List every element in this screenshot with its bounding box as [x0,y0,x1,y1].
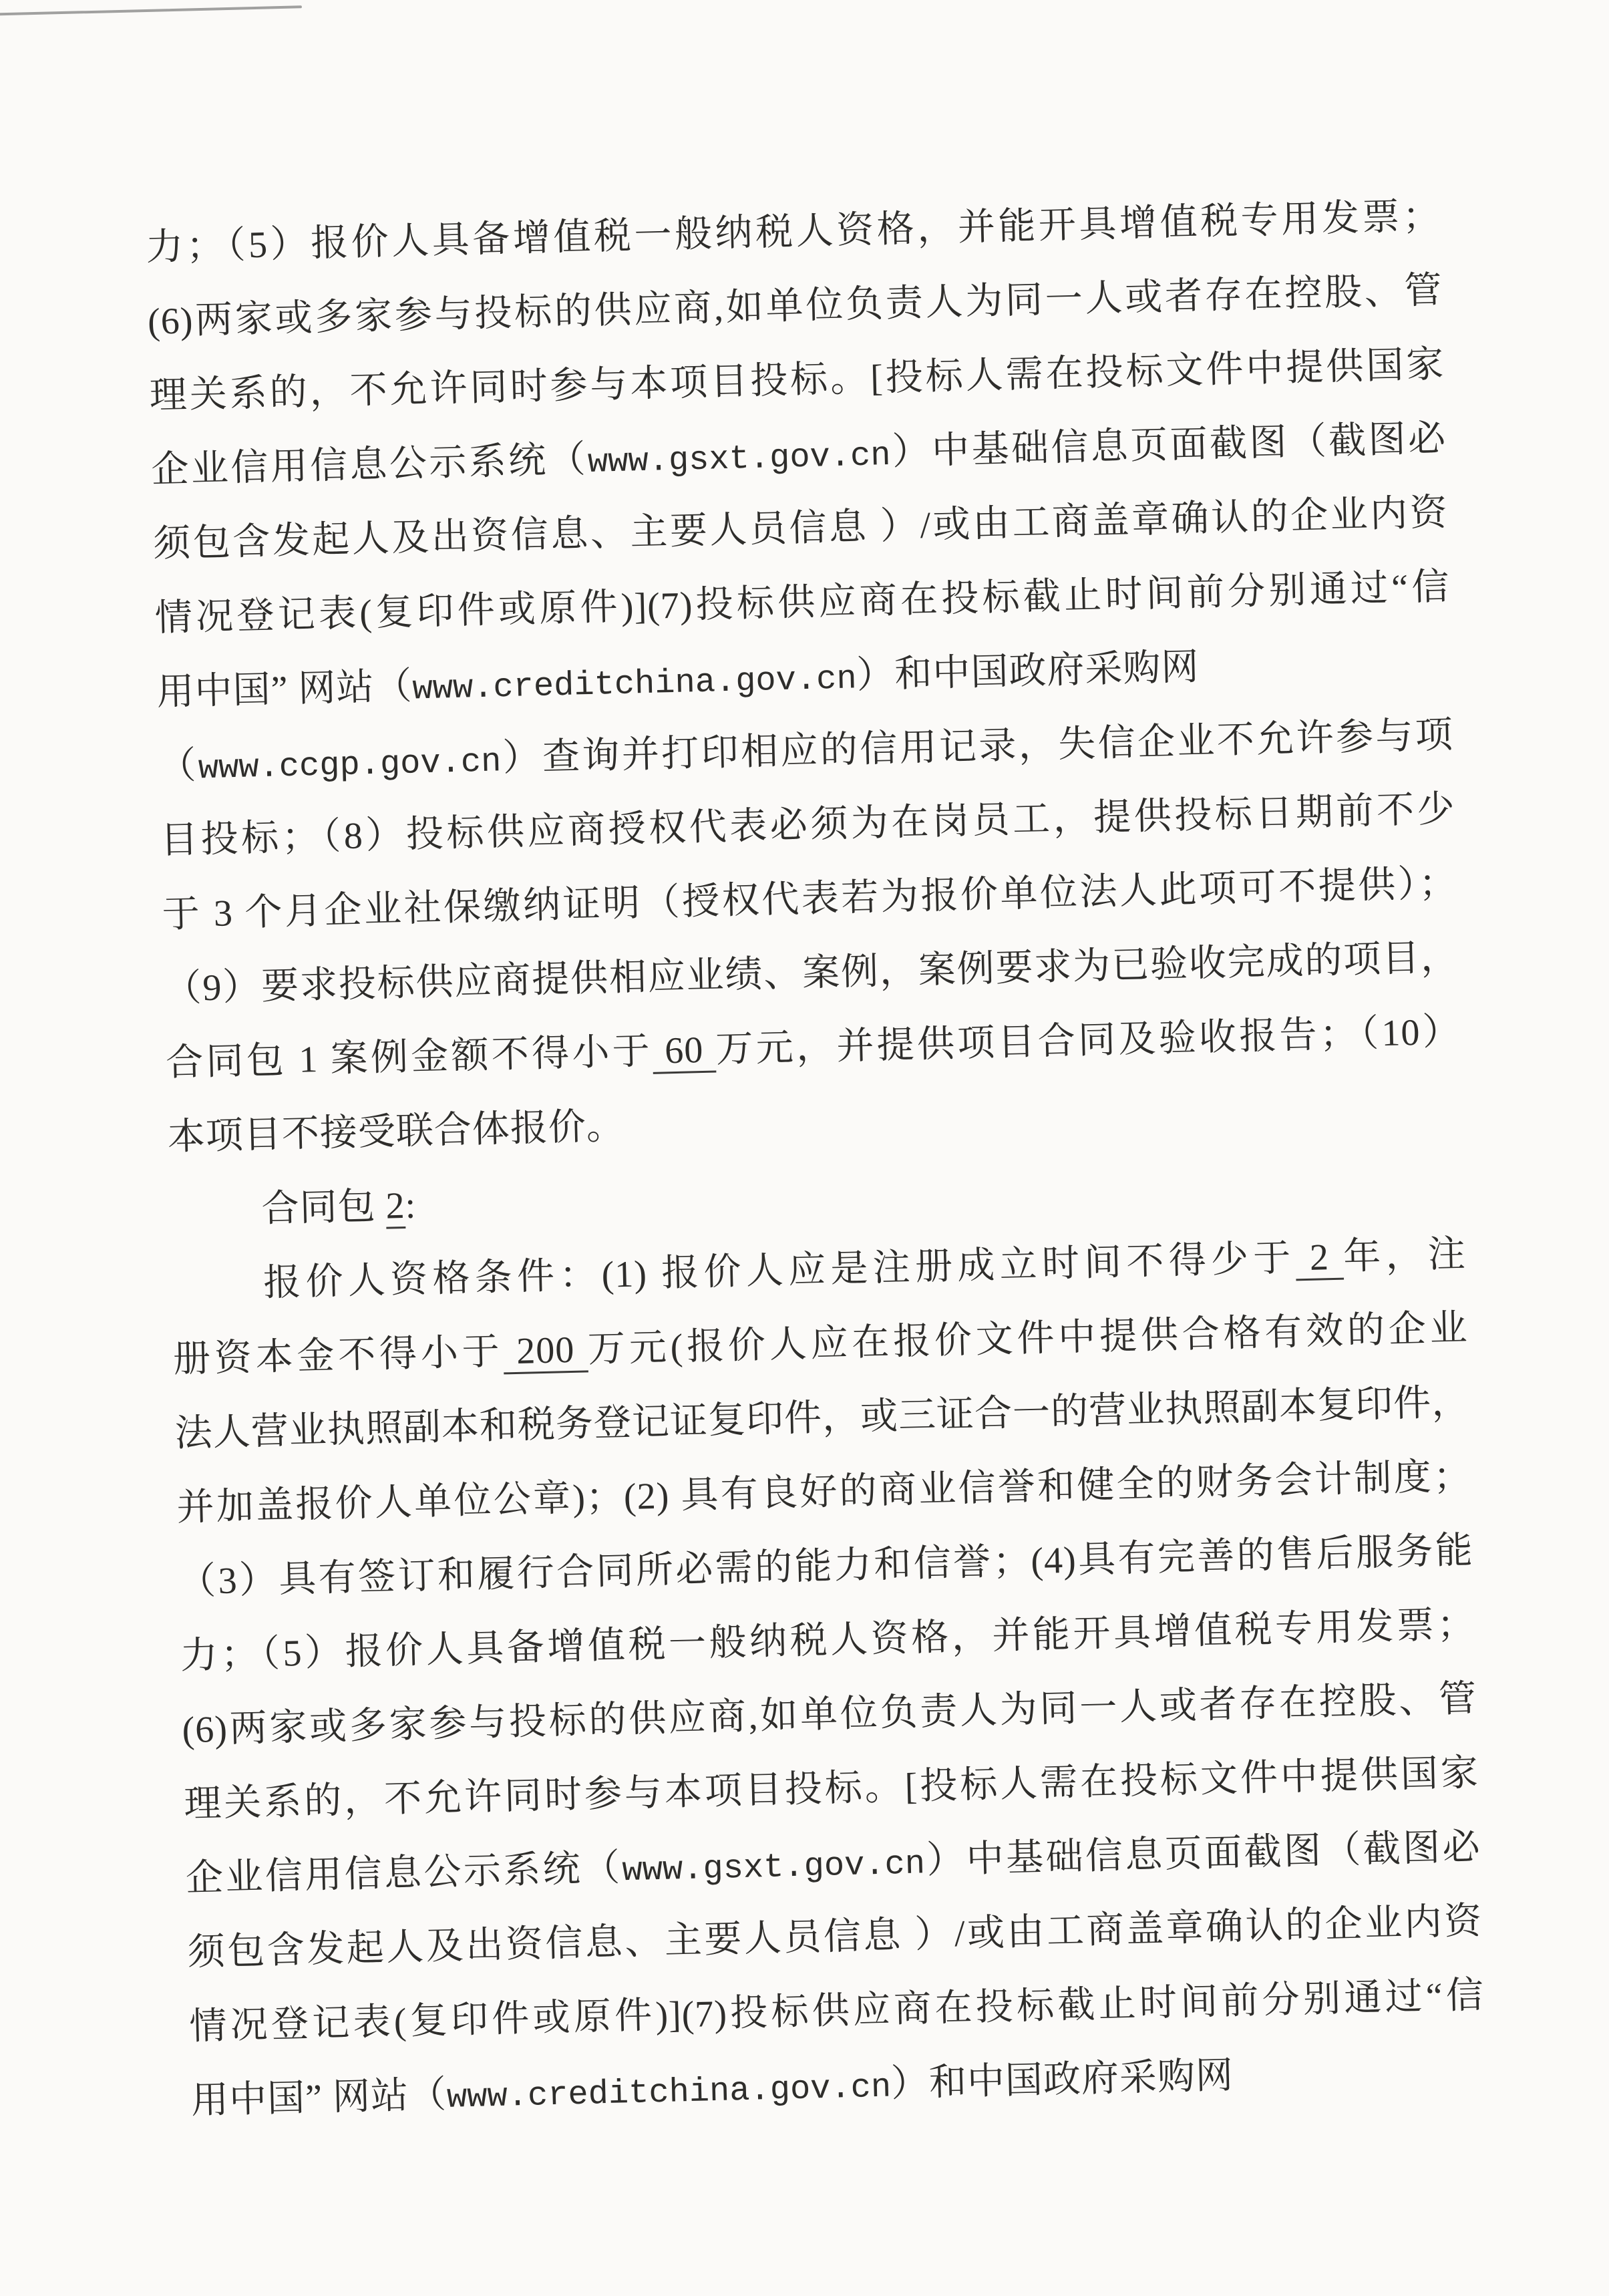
scan-artifact-line [0,5,302,15]
text-segment: 报价人资格条件：(1) 报价人应是注册成立时间不得少于 [263,1237,1296,1304]
underlined-value: 2 [385,1185,406,1227]
text-segment: 合同包 1 案例金额不得小于 [166,1031,653,1084]
underlined-value: 60 [652,1029,716,1072]
text-segment: （3）具有签订和履行合同所必需的能力和信誉；(4)具有完善的售后服务能 [178,1530,1473,1603]
url-text: www.gsxt.gov.cn [622,1845,926,1891]
text-segment: 于 3 个月企业社保缴纳证明（授权代表若为报价单位法人此项可不提供）； [162,862,1457,935]
url-text: www.ccgp.gov.cn [198,743,502,788]
text-segment: 须包含发起人及出资信息、主要人员信息 ）/或由工商盖章确认的企业内资 [187,1901,1483,1973]
text-segment: 须包含发起人及出资信息、主要人员信息 ）/或由工商盖章确认的企业内资 [153,492,1449,565]
text-segment: (6)两家或多家参与投标的供应商,如单位负责人为同一人或者存在控股、管 [182,1678,1477,1751]
text-segment: 万元，并提供项目合同及验收报告；（10） [715,1011,1461,1070]
text-segment: 企业信用信息公示系统（ [151,439,588,491]
text-segment: 用中国” 网站（ [156,665,413,713]
text-segment: 并加盖报价人单位公章)；(2) 具有良好的商业信誉和健全的财务会计制度； [176,1456,1472,1528]
text-segment: 本项目不接受联合体报价。 [167,1106,624,1158]
text-segment: 力；（5）报价人具备增值税一般纳税人资格，并能开具增值税专用发票； [146,196,1441,269]
text-segment: ）中基础信息页面截图（截图必 [924,1826,1481,1881]
text-segment: ）和中国政府采购网 [890,2055,1234,2105]
text-segment: 目投标；（8）投标供应商授权代表必须为在岗员工，提供投标日期前不少 [160,788,1455,861]
document-body: 力；（5）报价人具备增值税一般纳税人资格，并能开具增值税专用发票；(6)两家或多… [145,180,1487,2139]
text-segment: 册资本金不得小于 [172,1331,504,1380]
text-segment: 合同包 [261,1186,386,1231]
document-page: 力；（5）报价人具备增值税一般纳税人资格，并能开具增值税专用发票；(6)两家或多… [0,0,1609,2296]
text-segment: 理关系的，不允许同时参与本项目投标。[投标人需在投标文件中提供国家 [149,344,1445,417]
text-segment: (6)两家或多家参与投标的供应商,如单位负责人为同一人或者存在控股、管 [147,270,1443,343]
text-segment: ）查询并打印相应的信用记录，失信企业不允许参与项 [501,714,1454,779]
text-segment: 企业信用信息公示系统（ [185,1847,622,1899]
text-segment: 情况登记表(复印件或原件)](7)投标供应商在投标截止时间前分别通过“信 [154,566,1450,639]
text-segment: （ [158,745,199,787]
text-segment: 年，注 [1343,1233,1467,1277]
underlined-value: 2 [1295,1237,1344,1279]
text-segment: ）中基础信息页面截图（截图必 [890,418,1447,473]
text-segment: 法人营业执照副本和税务登记证复印件，或三证合一的营业执照副本复印件， [174,1381,1470,1454]
underlined-value: 200 [503,1329,588,1372]
text-segment: 万元(报价人应在报价文件中提供合格有效的企业 [587,1307,1468,1370]
text-segment: 理关系的，不允许同时参与本项目投标。[投标人需在投标文件中提供国家 [184,1752,1479,1825]
text-segment: 力；（5）报价人具备增值税一般纳税人资格，并能开具增值税专用发票； [180,1604,1475,1677]
text-segment: 用中国” 网站（ [190,2074,447,2122]
url-text: www.creditchina.gov.cn [446,2069,891,2118]
text-segment: 情况登记表(复印件或原件)](7)投标供应商在投标截止时间前分别通过“信 [189,1975,1485,2047]
url-text: www.gsxt.gov.cn [587,437,891,482]
url-text: www.creditchina.gov.cn [412,660,857,709]
text-segment: : [405,1185,417,1226]
text-segment: ）和中国政府采购网 [856,647,1200,697]
text-segment: （9）要求投标供应商提供相应业绩、案例，案例要求为已验收完成的项目， [164,937,1459,1009]
